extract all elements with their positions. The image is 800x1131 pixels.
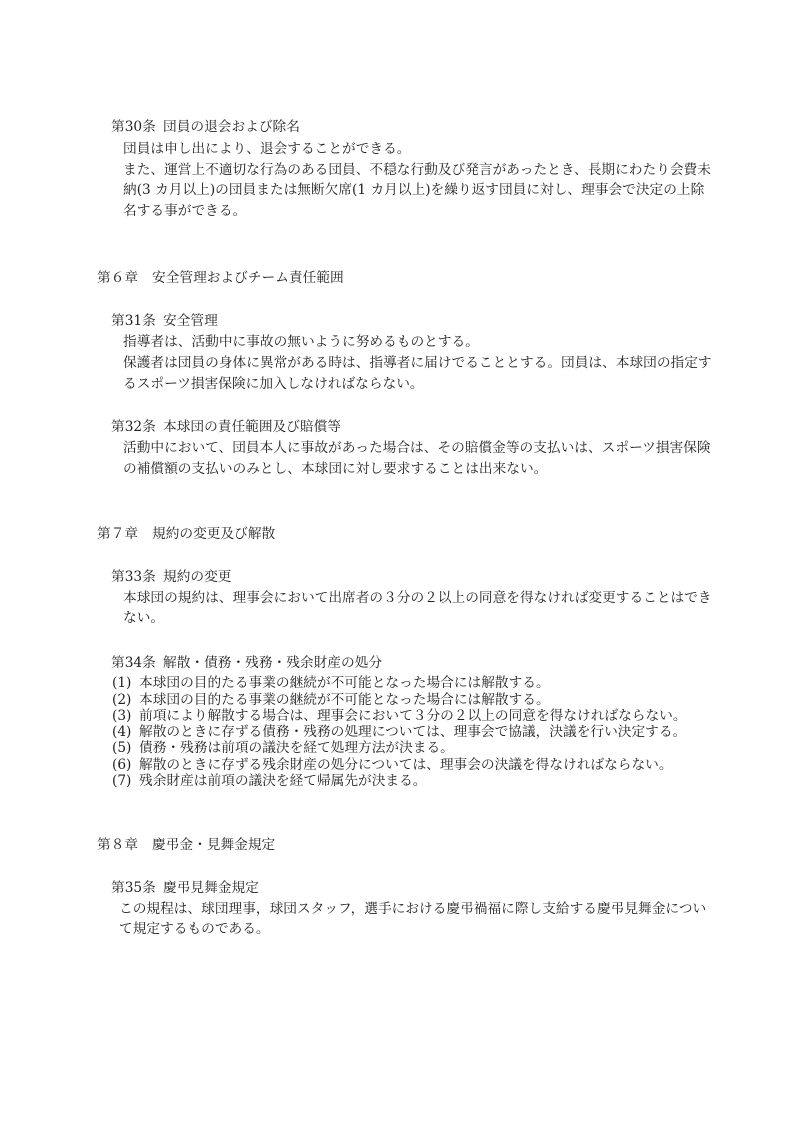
article-text-line: 本球団の規約は、理事会において出席者の３分の２以上の同意を得なければ変更すること… <box>123 588 712 608</box>
article-number: 第33条 <box>111 567 156 587</box>
article-text-line: この規程は、球団理事，球団スタッフ，選手における慶弔禍福に際し支給する慶弔見舞金… <box>119 899 706 919</box>
article-text-line: 指導者は、活動中に事故の無いように努めるものとする。 <box>123 332 479 352</box>
chapter-number: 第８章 <box>97 835 138 855</box>
chapter-title: 慶弔金・見舞金規定 <box>152 835 275 855</box>
article-number: 第35条 <box>111 878 156 898</box>
article-title: 安全管理 <box>163 311 218 331</box>
article-text-line: 保護者は団員の身体に異常がある時は、指導者に届けでることとする。団員は、本球団の… <box>123 353 712 373</box>
article-title: 本球団の責任範囲及び賠償等 <box>163 417 341 437</box>
article-text-line: 活動中において、団員本人に事故があった場合は、その賠償金等の支払いは、スポーツ損… <box>123 438 711 458</box>
chapter-title: 規約の変更及び解散 <box>152 524 275 544</box>
article-number: 第31条 <box>111 311 156 331</box>
article-title: 解散・債務・残務・残余財産の処分 <box>163 653 382 673</box>
chapter-title: 安全管理およびチーム責任範囲 <box>152 268 344 288</box>
article-text-line: 団員は申し出により、退会することができる。 <box>123 139 410 159</box>
chapter-number: 第７章 <box>97 524 138 544</box>
article-text-line: ない。 <box>123 608 164 628</box>
list-item-marker: (7) <box>112 771 131 791</box>
article-text-line: 納(3 カ月以上)の団員または無断欠席(1 カ月以上)を繰り返す団員に対し、理事… <box>123 180 704 200</box>
article-text-line: 名する事ができる。 <box>123 201 246 221</box>
article-number: 第30条 <box>111 117 156 137</box>
article-title: 団員の退会および除名 <box>163 117 300 137</box>
article-text-line: また、運営上不適切な行為のある団員、不穏な行動及び発言があったとき、長期にわたり… <box>123 160 711 180</box>
list-item-text: 残余財産は前項の議決を経て帰属先が決まる。 <box>139 771 426 791</box>
article-title: 慶弔見舞金規定 <box>163 878 259 898</box>
article-title: 規約の変更 <box>163 567 231 587</box>
article-text-line: の補償額の支払いのみとし、本球団に対し要求することは出来ない。 <box>123 459 547 479</box>
article-number: 第32条 <box>111 417 156 437</box>
article-number: 第34条 <box>111 653 156 673</box>
chapter-number: 第６章 <box>97 268 138 288</box>
article-text-line: て規定するものである。 <box>119 919 270 939</box>
article-text-line: るスポーツ損害保険に加入しなければならない。 <box>123 374 424 394</box>
